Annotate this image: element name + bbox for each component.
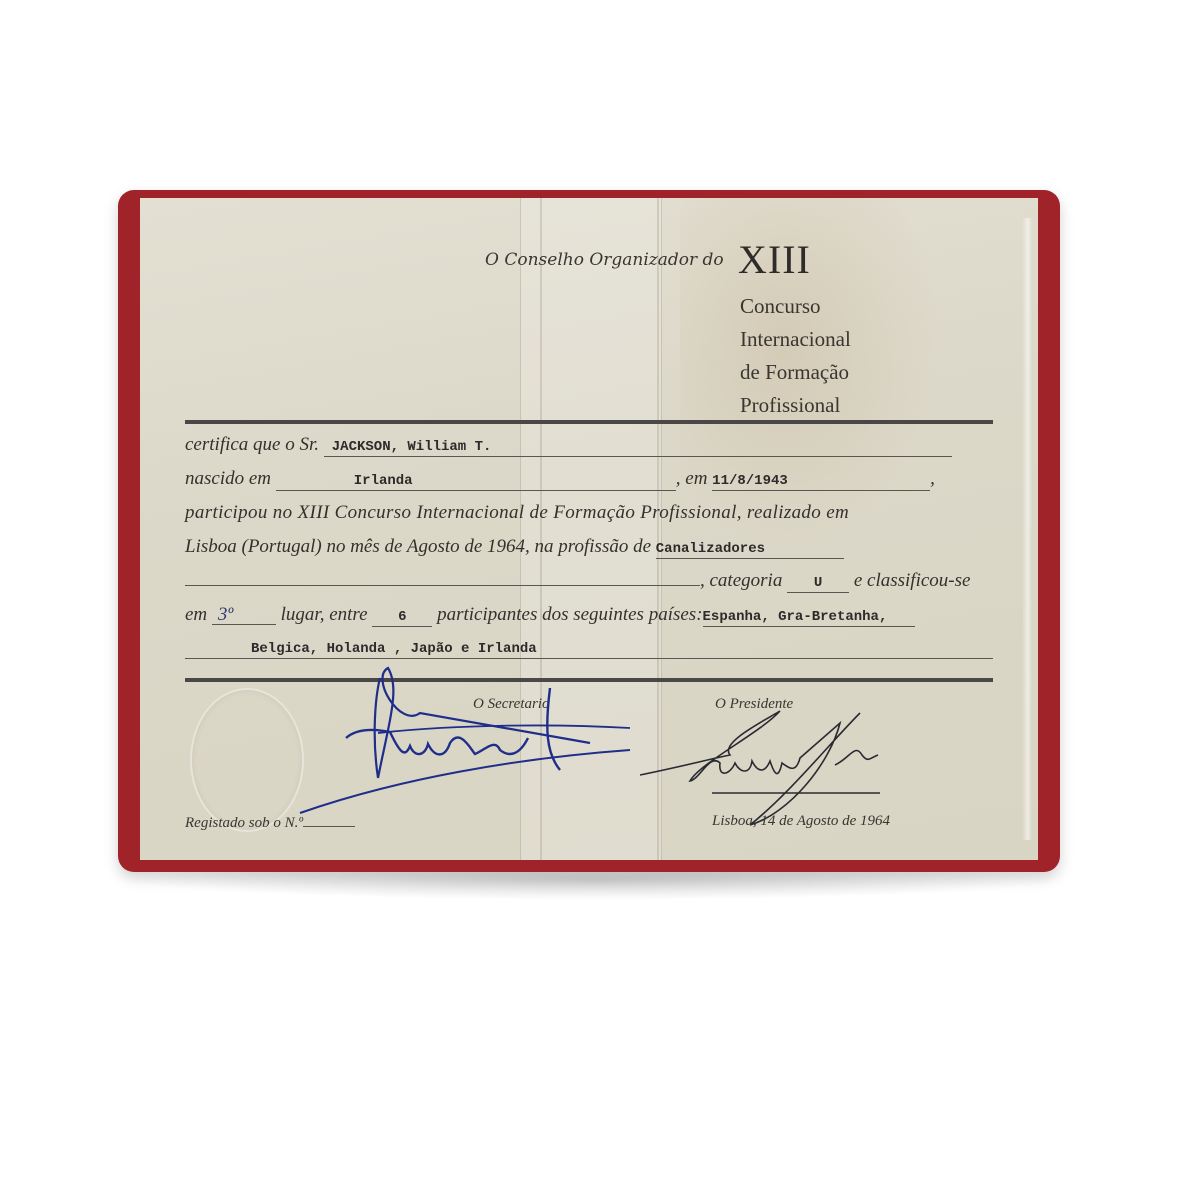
contest-name-line: de Formação [740, 356, 851, 389]
place-prefix: em [185, 604, 207, 625]
contest-name-line: Internacional [740, 323, 851, 356]
certificate-paper: O Conselho Organizador do XIII Concurso … [140, 198, 1038, 860]
participant-name-field: JACKSON, William T. [324, 438, 952, 457]
registration-number-field [303, 826, 355, 827]
participation-row: participou no XIII Concurso Internaciona… [185, 502, 997, 524]
comma: , [930, 468, 935, 489]
placement-row: em 3º lugar, entre 6 participantes dos s… [185, 604, 997, 627]
countries-field-1: Espanha, Gra-Bretanha, [703, 608, 915, 627]
category-row: , categoria U e classificou-se [185, 570, 997, 593]
countries-row: Belgica, Holanda , Japão e Irlanda [185, 636, 997, 659]
category-field: U [787, 574, 849, 593]
certifies-label: certifica que o Sr. [185, 434, 319, 455]
edition-numeral: XIII [738, 236, 811, 283]
classified-label: e classificou-se [854, 570, 971, 591]
profession-continuation-field [185, 585, 700, 586]
secretary-signature [260, 658, 640, 838]
registration-label: Registado sob o N.º [185, 815, 303, 831]
countries-field-2: Belgica, Holanda , Japão e Irlanda [185, 640, 993, 659]
registration-row: Registado sob o N.º [185, 815, 355, 832]
countries-label: participantes dos seguintes países: [437, 604, 702, 625]
top-divider [185, 420, 993, 424]
contest-name: Concurso Internacional de Formação Profi… [740, 290, 851, 422]
birth-row: nascido em Irlanda, em 11/8/1943, [185, 468, 997, 491]
place-label: lugar, entre [281, 604, 368, 625]
plastic-glare [1022, 218, 1032, 840]
born-in-label: nascido em [185, 468, 271, 489]
birth-date-field: 11/8/1943 [712, 472, 930, 491]
location-label: Lisboa (Portugal) no mês de Agosto de 19… [185, 536, 651, 557]
participant-row: certifica que o Sr. JACKSON, William T. [185, 434, 997, 457]
location-row: Lisboa (Portugal) no mês de Agosto de 19… [185, 536, 997, 559]
on-date-label: , em [676, 468, 708, 489]
place-field: 3º [212, 606, 276, 625]
profession-field: Canalizadores [656, 540, 844, 559]
contest-name-line: Concurso [740, 290, 851, 323]
issuer-line: O Conselho Organizador do [485, 250, 724, 270]
category-label: , categoria [700, 570, 782, 591]
place-and-date: Lisboa, 14 de Agosto de 1964 [712, 813, 890, 830]
contest-name-line: Profissional [740, 389, 851, 422]
participants-count-field: 6 [372, 608, 432, 627]
birthplace-field: Irlanda [276, 472, 676, 491]
